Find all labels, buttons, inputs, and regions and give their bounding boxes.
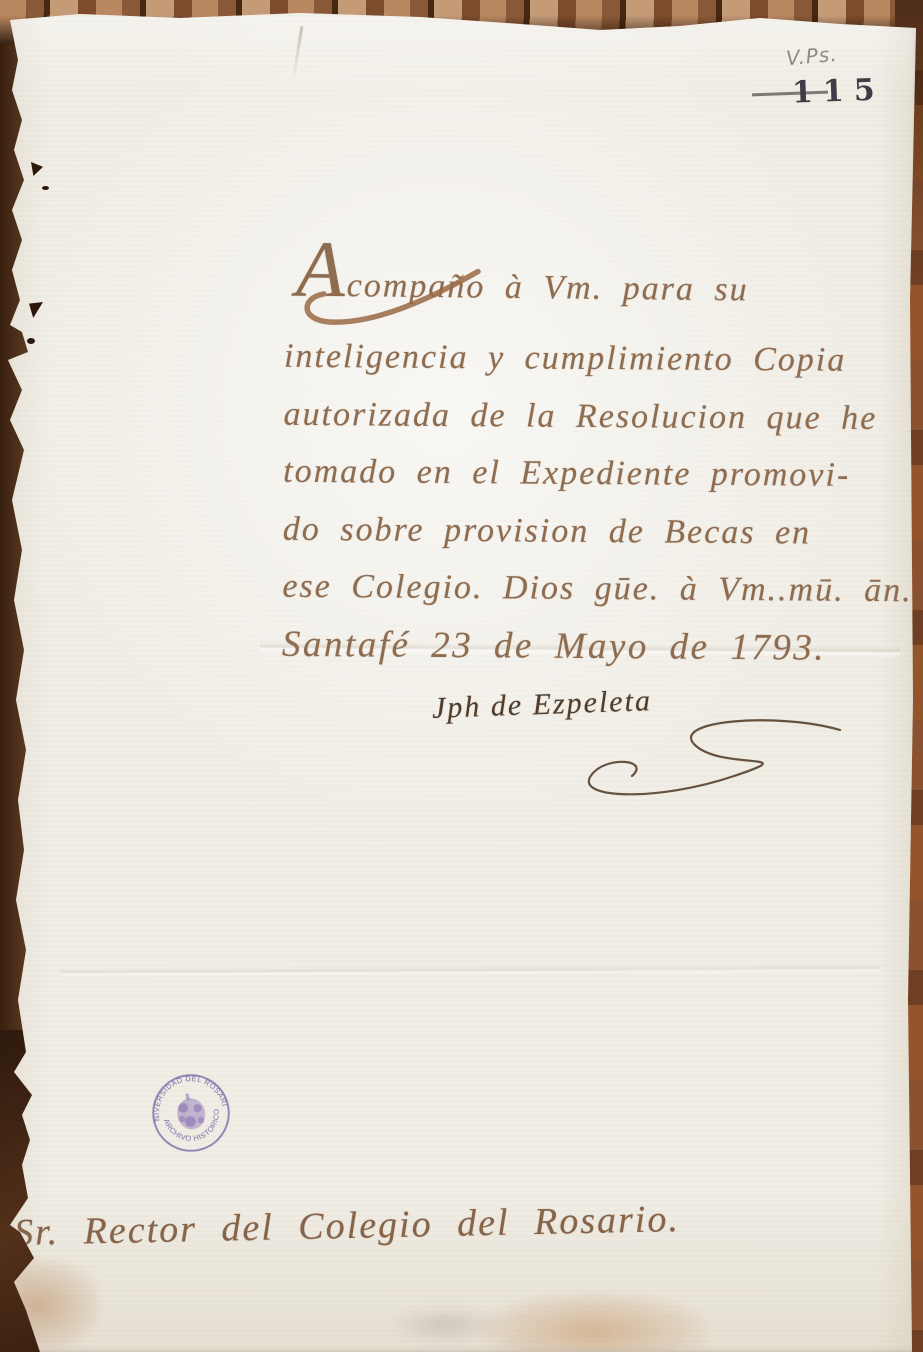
paper-hole	[27, 338, 35, 344]
photo-scene: V.Ps. 115 Acompaño à Vm. para su intelig…	[0, 0, 923, 1352]
archive-ink-stamp: UNIVERSIDAD DEL ROSARIO ARCHIVO HISTORIC…	[142, 1064, 239, 1161]
letter-line-4: tomado en el Expediente promovi-	[283, 443, 914, 505]
letter-line-5: do sobre provision de Becas en	[283, 500, 914, 562]
corner-crease	[292, 26, 304, 82]
fold-crease	[60, 964, 880, 978]
stamp-crest	[173, 1091, 208, 1132]
letter-line-3: autorizada de la Resolucion que he	[283, 385, 914, 447]
letter-line-6: ese Colegio. Dios gūe. à Vm..mū. ān.	[282, 558, 913, 620]
letter-body: inteligencia y cumplimiento Copia autori…	[282, 328, 915, 677]
line-text: compaño à Vm. para su	[347, 267, 749, 309]
letter-line-1: Acompaño à Vm. para su	[296, 230, 750, 315]
archival-pencil-note: V.Ps.	[785, 42, 838, 70]
paper-stain	[480, 1292, 710, 1352]
signature: Jph de Ezpeleta	[431, 684, 652, 726]
address-line: Sr. Rector del Colegio del Rosario.	[14, 1197, 681, 1255]
manuscript-page: V.Ps. 115 Acompaño à Vm. para su intelig…	[0, 0, 923, 1352]
drop-cap-initial: A	[296, 230, 346, 311]
paper-smudge	[388, 1306, 503, 1344]
paper-hole	[42, 186, 49, 190]
folio-number-stamp: 115	[791, 72, 885, 110]
signature-rubric	[538, 714, 858, 806]
letter-dateline: Santafé 23 de Mayo de 1793.	[282, 615, 913, 677]
letter-line-2: inteligencia y cumplimiento Copia	[284, 328, 915, 390]
